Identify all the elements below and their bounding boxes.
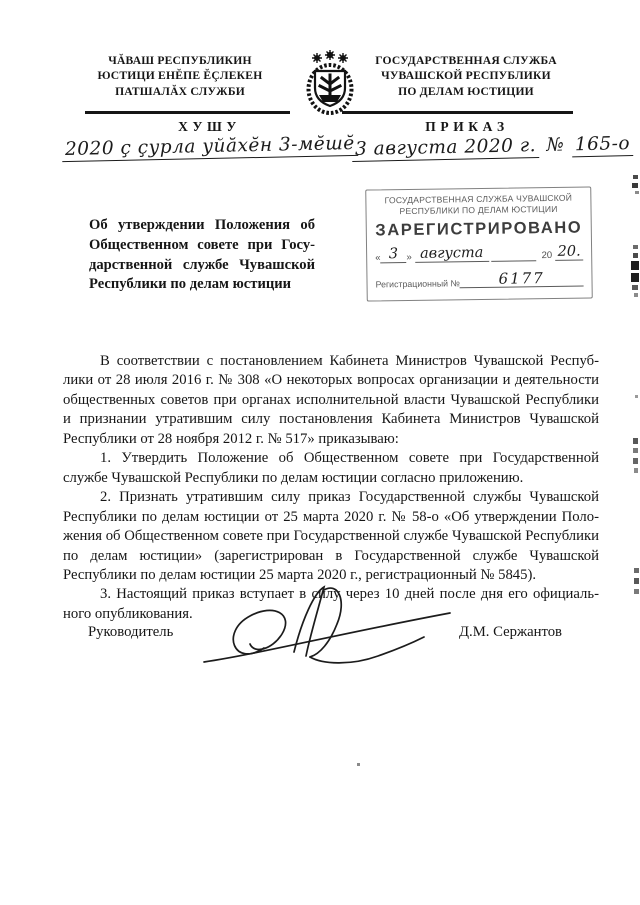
- coat-of-arms-icon: [298, 50, 362, 116]
- signature-autograph-icon: [198, 584, 456, 680]
- org-name-chuvash-line1: ЧĂВАШ РЕСПУБЛИКИН: [70, 53, 290, 68]
- doc-type-russian: П Р И К А З: [350, 119, 580, 135]
- stamp-month-handwritten: августа: [415, 246, 489, 263]
- stamp-reg-label: Регистрационный №: [375, 279, 460, 289]
- stamp-registration-number-line: Регистрационный № 6177: [375, 270, 583, 289]
- scan-artifact: [633, 458, 638, 464]
- registration-stamp: ГОСУДАРСТВЕННАЯ СЛУЖБА ЧУВАШСКОЙ РЕСПУБЛ…: [365, 186, 593, 301]
- scan-artifact: [634, 293, 638, 297]
- scan-artifact: [357, 763, 360, 766]
- handwritten-date-chuvash-text: 2020 ç çурла уйăхĕн 3-мĕшĕ: [62, 133, 358, 162]
- scan-artifact: [634, 589, 639, 594]
- stamp-blank-line: [491, 247, 537, 262]
- stamp-date-line: « 3 » августа 20 20.: [375, 245, 583, 263]
- signatory-name: Д.М. Сержантов: [459, 624, 562, 641]
- org-name-russian: ГОСУДАРСТВЕННАЯ СЛУЖБА ЧУВАШСКОЙ РЕСПУБЛ…: [358, 53, 574, 99]
- handwritten-date-chuvash: 2020 ç çурла уйăхĕн 3-мĕшĕ: [62, 133, 358, 160]
- body-paragraph-intro: В соответствии с постановлением Кабинета…: [63, 352, 599, 449]
- scan-artifact: [633, 253, 638, 258]
- org-name-chuvash-line2: ЮСТИЦИ ЕНĔПЕ ĔÇЛЕКЕН: [70, 68, 290, 83]
- handwritten-date-russian: 3 августа 2020 г. № 165-о: [352, 133, 633, 160]
- scan-artifact: [631, 261, 639, 270]
- stamp-org-line2: РЕСПУБЛИКИ ПО ДЕЛАМ ЮСТИЦИИ: [374, 203, 582, 216]
- stamp-close-quote: »: [406, 253, 411, 263]
- scan-artifact: [635, 191, 639, 194]
- org-name-russian-line3: ПО ДЕЛАМ ЮСТИЦИИ: [358, 84, 574, 99]
- scan-artifact: [633, 245, 638, 249]
- stamp-day-handwritten: 3: [380, 247, 406, 263]
- stamp-year-handwritten: 20.: [555, 245, 583, 261]
- order-title: Об утверждении Положения об Общественном…: [89, 216, 315, 295]
- org-name-russian-line1: ГОСУДАРСТВЕННАЯ СЛУЖБА: [358, 53, 574, 68]
- scan-artifact: [632, 183, 638, 188]
- order-number-sign: №: [545, 134, 565, 155]
- stamp-year-prefix: 20: [542, 251, 553, 261]
- header-rule-left: [85, 111, 290, 114]
- scan-artifact: [634, 468, 638, 473]
- org-name-chuvash-line3: ПАТШАЛĂХ СЛУЖБИ: [70, 84, 290, 99]
- org-name-chuvash: ЧĂВАШ РЕСПУБЛИКИН ЮСТИЦИ ЕНĔПЕ ĔÇЛЕКЕН П…: [70, 53, 290, 99]
- scan-artifact: [634, 568, 639, 573]
- org-name-russian-line2: ЧУВАШСКОЙ РЕСПУБЛИКИ: [358, 68, 574, 83]
- scan-artifact: [631, 273, 639, 282]
- order-number: 165-о: [572, 133, 634, 157]
- body-paragraph-item2: 2. Признать утратившим силу приказ Госуд…: [63, 488, 599, 585]
- handwritten-date-russian-text: 3 августа 2020 г.: [352, 135, 539, 162]
- signatory-title: Руководитель: [88, 624, 173, 641]
- stamp-reg-number-handwritten: 6177: [460, 270, 584, 288]
- scan-artifact: [632, 285, 638, 290]
- body-paragraph-item1: 1. Утвердить Положение об Общественном с…: [63, 449, 599, 488]
- header-rule-right: [342, 111, 573, 114]
- scan-artifact: [633, 448, 638, 453]
- scan-artifact: [635, 395, 638, 398]
- scan-artifact: [633, 175, 638, 179]
- stamp-registered-label: ЗАРЕГИСТРИРОВАНО: [375, 219, 583, 241]
- document-page: ЧĂВАШ РЕСПУБЛИКИН ЮСТИЦИ ЕНĔПЕ ĔÇЛЕКЕН П…: [0, 0, 640, 905]
- scan-artifact: [634, 578, 639, 584]
- stamp-org-name: ГОСУДАРСТВЕННАЯ СЛУЖБА ЧУВАШСКОЙ РЕСПУБЛ…: [374, 193, 582, 217]
- doc-type-chuvash: Х У Ш У: [75, 119, 340, 135]
- scan-artifact: [633, 438, 638, 444]
